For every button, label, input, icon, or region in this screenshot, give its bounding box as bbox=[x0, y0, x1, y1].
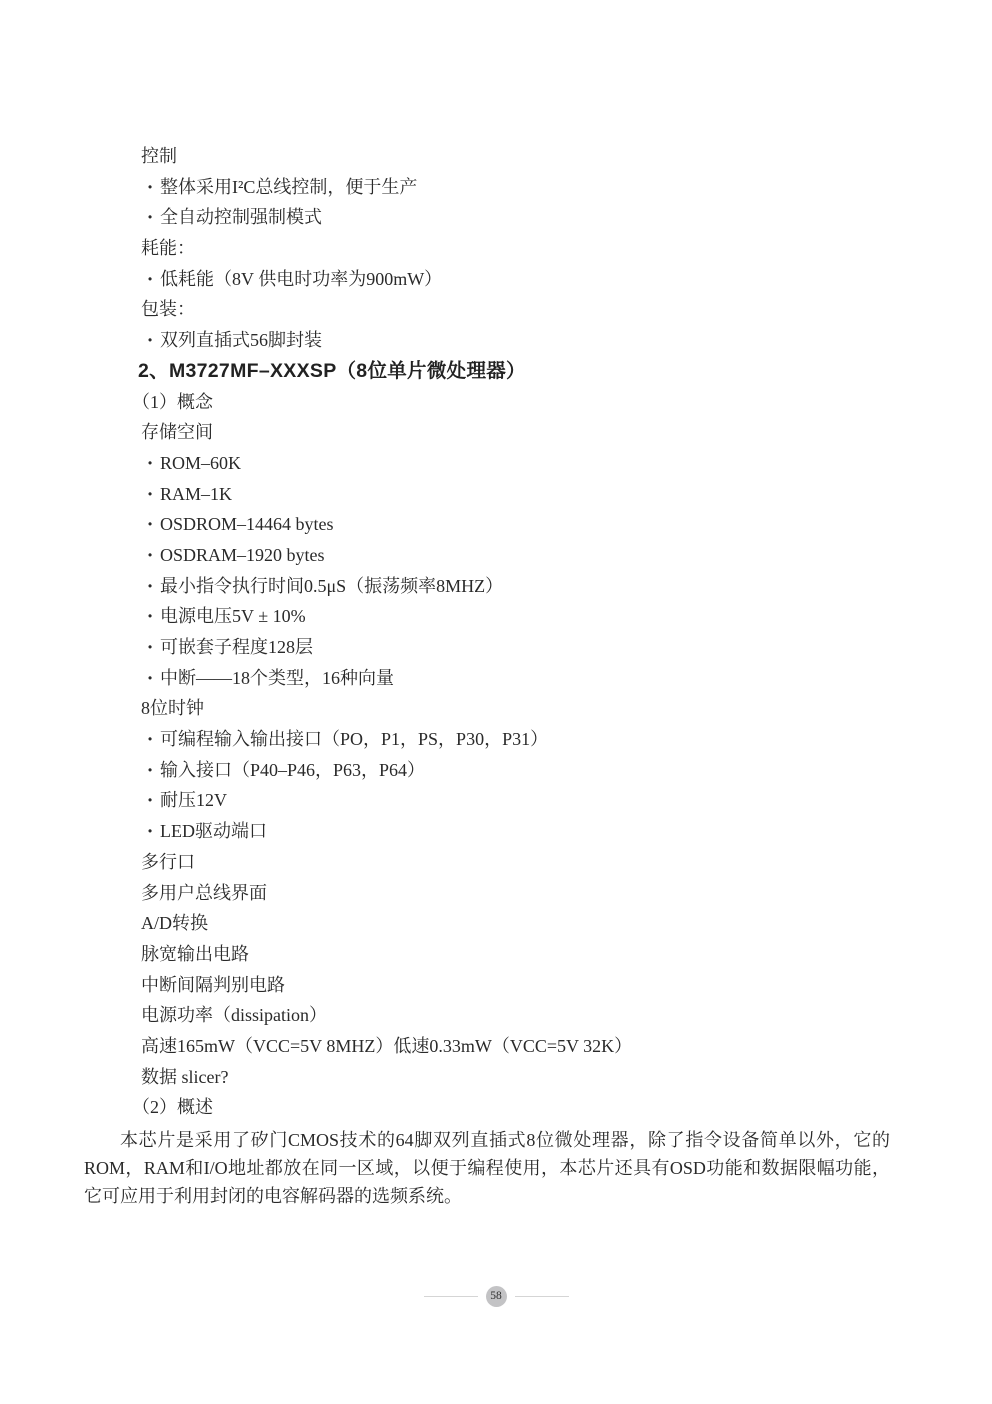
bullet-item: ·OSDROM–14464 bytes bbox=[141, 509, 992, 540]
bullet-text: 电源电压5V ± 10% bbox=[160, 606, 306, 626]
bullet-text: 低耗能（8V 供电时功率为900mW） bbox=[160, 269, 442, 289]
overview-paragraph: 本芯片是采用了矽门CMOS技术的64脚双列直插式8位微处理器，除了指令设备简单以… bbox=[84, 1126, 890, 1210]
bullet-dot-icon: · bbox=[147, 600, 154, 634]
document-page: 控制 ·整体采用I²C总线控制，便于生产 ·全自动控制强制模式 耗能： ·低耗能… bbox=[0, 0, 992, 1404]
section-title: A/D转换 bbox=[141, 908, 992, 939]
bullet-text: 可嵌套子程度128层 bbox=[160, 637, 313, 657]
bullet-text: 输入接口（P40–P46，P63，P64） bbox=[160, 760, 425, 780]
footer-rule-right bbox=[515, 1296, 569, 1297]
section-title: 多用户总线界面 bbox=[141, 878, 992, 909]
bullet-dot-icon: · bbox=[147, 815, 154, 849]
bullet-text: 耐压12V bbox=[160, 790, 227, 810]
page-footer: 58 bbox=[0, 1286, 992, 1307]
bullet-dot-icon: · bbox=[147, 201, 154, 235]
bullet-item: ·OSDRAM–1920 bytes bbox=[141, 540, 992, 571]
bullet-item: ·输入接口（P40–P46，P63，P64） bbox=[141, 755, 992, 786]
section-title: 高速165mW（VCC=5V 8MHZ）低速0.33mW（VCC=5V 32K） bbox=[141, 1031, 992, 1062]
bullet-text: 全自动控制强制模式 bbox=[160, 207, 322, 227]
bullet-item: ·低耗能（8V 供电时功率为900mW） bbox=[141, 264, 992, 295]
section-title: 中断间隔判别电路 bbox=[141, 970, 992, 1001]
bullet-dot-icon: · bbox=[147, 508, 154, 542]
section-title: 控制 bbox=[141, 141, 992, 172]
bullet-dot-icon: · bbox=[147, 170, 154, 204]
footer-rule-left bbox=[424, 1296, 478, 1297]
bullet-text: 中断——18个类型，16种向量 bbox=[160, 668, 394, 688]
bullet-item: ·可编程输入输出接口（PO，P1，PS，P30，P31） bbox=[141, 724, 992, 755]
section-title: 多行口 bbox=[141, 847, 992, 878]
section-title: 数据 slicer? bbox=[141, 1062, 992, 1093]
section-title: 存储空间 bbox=[141, 417, 992, 448]
bullet-item: ·可嵌套子程度128层 bbox=[141, 632, 992, 663]
bullet-dot-icon: · bbox=[147, 630, 154, 664]
bullet-text: 整体采用I²C总线控制，便于生产 bbox=[160, 177, 417, 197]
bullet-item: ·耐压12V bbox=[141, 785, 992, 816]
section-title: 包装： bbox=[141, 294, 992, 325]
bullet-dot-icon: · bbox=[147, 569, 154, 603]
bullet-text: OSDRAM–1920 bytes bbox=[160, 545, 325, 565]
bullet-dot-icon: · bbox=[147, 661, 154, 695]
bullet-text: OSDROM–14464 bytes bbox=[160, 514, 334, 534]
bullet-dot-icon: · bbox=[147, 784, 154, 818]
sub-heading: （2）概述 bbox=[132, 1092, 992, 1123]
bullet-item: ·LED驱动端口 bbox=[141, 816, 992, 847]
bullet-text: 最小指令执行时间0.5μS（振荡频率8MHZ） bbox=[160, 576, 503, 596]
chip-heading: 2、M3727MF–XXXSP（8位单片微处理器） bbox=[138, 356, 992, 387]
bullet-item: ·双列直插式56脚封装 bbox=[141, 325, 992, 356]
bullet-text: LED驱动端口 bbox=[160, 821, 267, 841]
bullet-item: ·中断——18个类型，16种向量 bbox=[141, 663, 992, 694]
page-number-badge: 58 bbox=[486, 1286, 507, 1307]
bullet-text: 双列直插式56脚封装 bbox=[160, 330, 322, 350]
bullet-item: ·ROM–60K bbox=[141, 448, 992, 479]
bullet-dot-icon: · bbox=[147, 446, 154, 480]
bullet-dot-icon: · bbox=[147, 324, 154, 358]
section-title: 8位时钟 bbox=[141, 693, 992, 724]
bullet-item: ·最小指令执行时间0.5μS（振荡频率8MHZ） bbox=[141, 571, 992, 602]
bullet-item: ·电源电压5V ± 10% bbox=[141, 601, 992, 632]
bullet-item: ·RAM–1K bbox=[141, 479, 992, 510]
bullet-text: RAM–1K bbox=[160, 484, 232, 504]
section-title: 电源功率（dissipation） bbox=[141, 1000, 992, 1031]
section-title: 脉宽输出电路 bbox=[141, 939, 992, 970]
bullet-dot-icon: · bbox=[147, 538, 154, 572]
sub-heading: （1）概念 bbox=[132, 387, 992, 418]
bullet-dot-icon: · bbox=[147, 477, 154, 511]
bullet-item: ·全自动控制强制模式 bbox=[141, 202, 992, 233]
section-title: 耗能： bbox=[141, 233, 992, 264]
bullet-dot-icon: · bbox=[147, 753, 154, 787]
bullet-item: ·整体采用I²C总线控制，便于生产 bbox=[141, 172, 992, 203]
bullet-text: 可编程输入输出接口（PO，P1，PS，P30，P31） bbox=[160, 729, 548, 749]
document-content: 控制 ·整体采用I²C总线控制，便于生产 ·全自动控制强制模式 耗能： ·低耗能… bbox=[0, 0, 992, 1210]
bullet-text: ROM–60K bbox=[160, 453, 241, 473]
bullet-dot-icon: · bbox=[147, 723, 154, 757]
bullet-dot-icon: · bbox=[147, 262, 154, 296]
